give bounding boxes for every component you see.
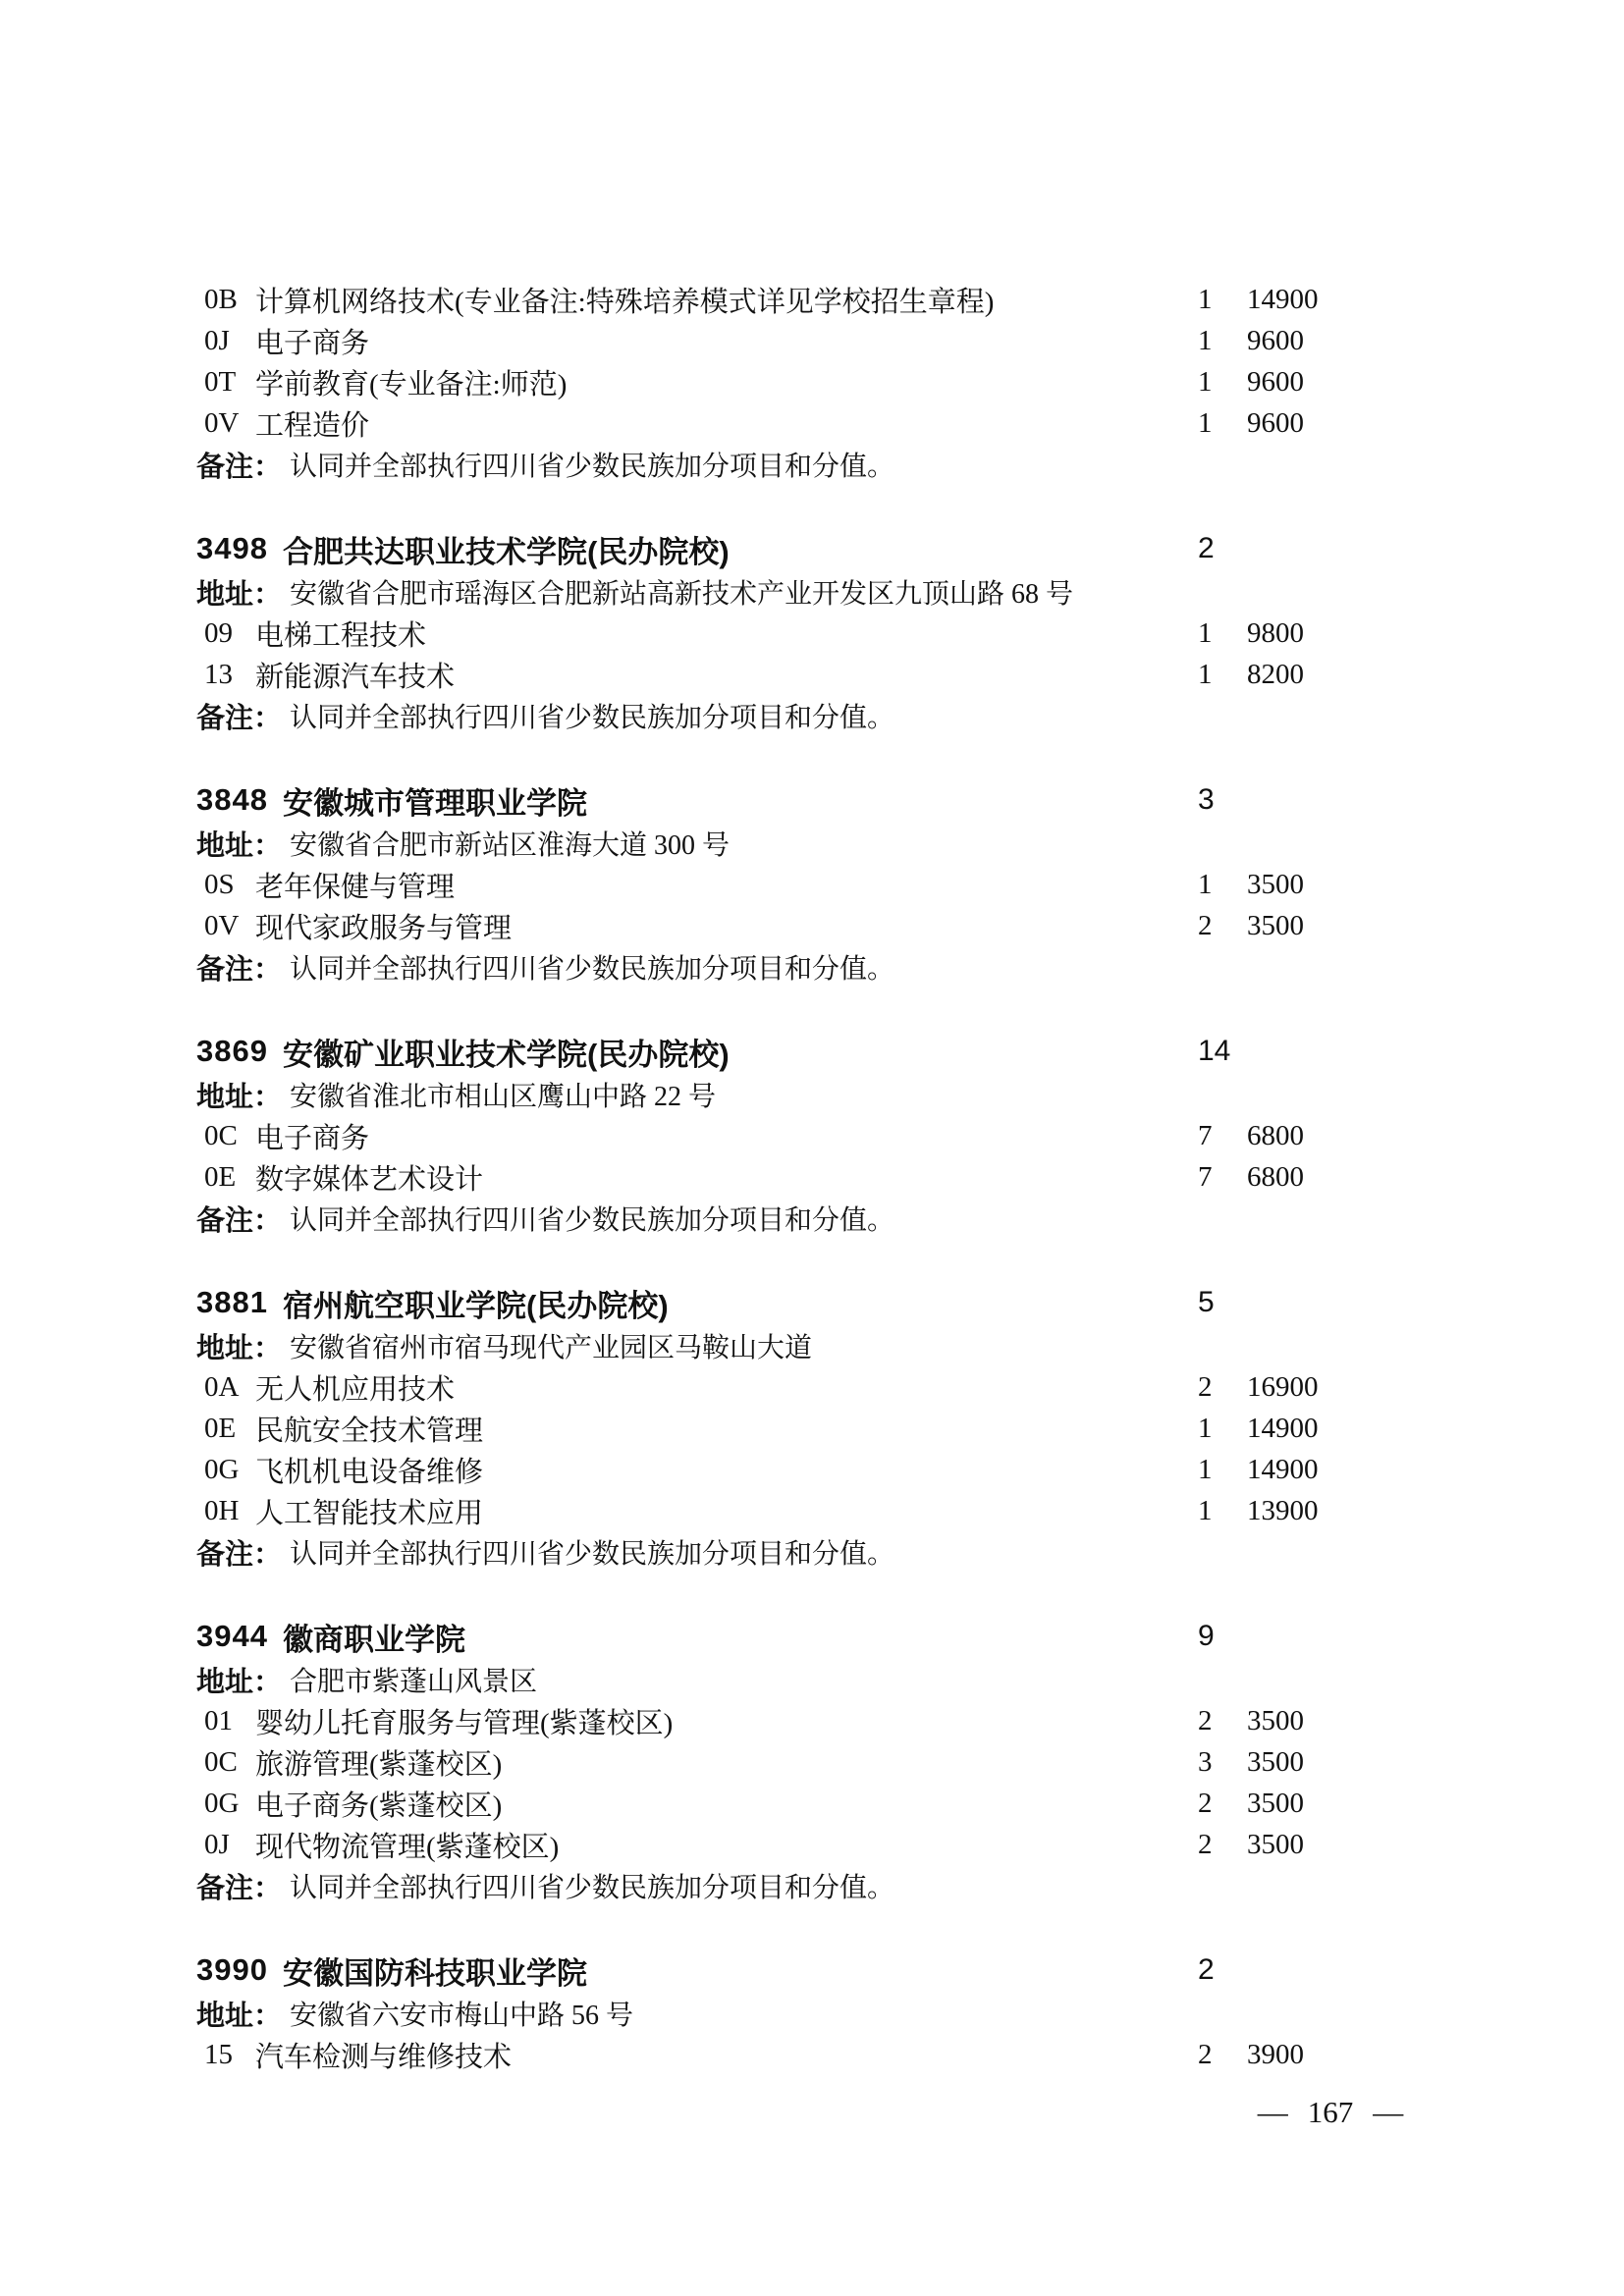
major-code: 0C: [204, 1746, 255, 1779]
note-label: 备注：: [196, 696, 282, 736]
major-code: 0S: [204, 869, 255, 901]
major-tuition: 14900: [1247, 284, 1481, 316]
address-label: 地址：: [196, 1326, 282, 1366]
address-label: 地址：: [196, 1075, 282, 1115]
major-code: 0E: [204, 1413, 255, 1445]
school-name: 安徽城市管理职业学院: [283, 778, 587, 823]
major-name: 数字媒体艺术设计: [255, 1157, 483, 1198]
major-code: 09: [204, 617, 255, 650]
school-block-3881: 3881 宿州航空职业学院(民办院校) 5 地址： 安徽省宿州市宿马现代产业园区…: [196, 1280, 1481, 1573]
major-row: 0S 老年保健与管理 1 3500: [196, 864, 1481, 905]
school-total-count: 9: [1198, 1620, 1247, 1653]
major-count: 1: [1198, 1454, 1247, 1486]
major-name: 计算机网络技术(专业备注:特殊培养模式详见学校招生章程): [255, 280, 994, 320]
school-total-count: 2: [1198, 1953, 1247, 1987]
page-number: 167: [1308, 2095, 1354, 2130]
major-count: 1: [1198, 407, 1247, 440]
page-footer: — 167 —: [1208, 2093, 1453, 2132]
school-block-3944: 3944 徽商职业学院 9 地址： 合肥市紫蓬山风景区 01 婴幼儿托育服务与管…: [196, 1614, 1481, 1906]
major-name: 老年保健与管理: [255, 865, 455, 905]
address-row: 地址： 安徽省淮北市相山区鹰山中路 22 号: [196, 1074, 1481, 1115]
address-row: 地址： 安徽省六安市梅山中路 56 号: [196, 1993, 1481, 2034]
major-row: 0J 电子商务 1 9600: [196, 320, 1481, 361]
major-code: 01: [204, 1705, 255, 1737]
note-label: 备注：: [196, 445, 282, 485]
school-code: 3944: [196, 1619, 283, 1654]
major-code: 0V: [204, 407, 255, 440]
major-tuition: 6800: [1247, 1161, 1481, 1194]
major-row: 0T 学前教育(专业备注:师范) 1 9600: [196, 361, 1481, 402]
major-tuition: 3500: [1247, 1788, 1481, 1820]
major-name: 无人机应用技术: [255, 1367, 455, 1408]
major-row: 0E 数字媒体艺术设计 7 6800: [196, 1156, 1481, 1198]
major-code: 15: [204, 2039, 255, 2071]
school-total-count: 2: [1198, 532, 1247, 565]
note-row: 备注： 认同并全部执行四川省少数民族加分项目和分值。: [196, 946, 1481, 988]
school-code: 3869: [196, 1034, 283, 1069]
major-name: 工程造价: [255, 403, 369, 444]
document-page: 0B 计算机网络技术(专业备注:特殊培养模式详见学校招生章程) 1 14900 …: [0, 0, 1624, 2296]
address-label: 地址：: [196, 824, 282, 864]
school-code: 3498: [196, 531, 283, 566]
school-header-row: 3944 徽商职业学院 9: [196, 1614, 1481, 1659]
note-text: 认同并全部执行四川省少数民族加分项目和分值。: [290, 445, 894, 484]
note-text: 认同并全部执行四川省少数民族加分项目和分值。: [290, 1866, 894, 1905]
major-name: 现代物流管理(紫蓬校区): [255, 1825, 559, 1865]
major-tuition: 3500: [1247, 1746, 1481, 1779]
school-name: 宿州航空职业学院(民办院校): [283, 1281, 669, 1325]
major-row: 0C 旅游管理(紫蓬校区) 3 3500: [196, 1741, 1481, 1783]
major-code: 0J: [204, 325, 255, 357]
major-count: 1: [1198, 1495, 1247, 1527]
major-tuition: 14900: [1247, 1454, 1481, 1486]
note-row: 备注： 认同并全部执行四川省少数民族加分项目和分值。: [196, 444, 1481, 485]
major-count: 1: [1198, 284, 1247, 316]
school-block-3990: 3990 安徽国防科技职业学院 2 地址： 安徽省六安市梅山中路 56 号 15…: [196, 1948, 1481, 2075]
major-tuition: 8200: [1247, 659, 1481, 691]
note-text: 认同并全部执行四川省少数民族加分项目和分值。: [290, 696, 894, 735]
major-count: 7: [1198, 1161, 1247, 1194]
major-tuition: 9800: [1247, 617, 1481, 650]
school-code: 3848: [196, 782, 283, 818]
major-row: 09 电梯工程技术 1 9800: [196, 613, 1481, 654]
major-tuition: 3500: [1247, 1705, 1481, 1737]
major-name: 电子商务(紫蓬校区): [255, 1784, 502, 1824]
major-name: 汽车检测与维修技术: [255, 2035, 512, 2075]
note-row: 备注： 认同并全部执行四川省少数民族加分项目和分值。: [196, 1198, 1481, 1239]
major-row: 0G 电子商务(紫蓬校区) 2 3500: [196, 1783, 1481, 1824]
major-row: 0V 工程造价 1 9600: [196, 402, 1481, 444]
major-name: 电梯工程技术: [255, 614, 426, 654]
major-count: 1: [1198, 659, 1247, 691]
major-count: 1: [1198, 1413, 1247, 1445]
school-total-count: 5: [1198, 1286, 1247, 1319]
major-code: 13: [204, 659, 255, 691]
school-name: 徽商职业学院: [283, 1615, 465, 1659]
address-row: 地址： 安徽省合肥市瑶海区合肥新站高新技术产业开发区九顶山路 68 号: [196, 571, 1481, 613]
major-count: 3: [1198, 1746, 1247, 1779]
note-text: 认同并全部执行四川省少数民族加分项目和分值。: [290, 1532, 894, 1572]
address-text: 合肥市紫蓬山风景区: [290, 1660, 537, 1699]
school-header-row: 3498 合肥共达职业技术学院(民办院校) 2: [196, 526, 1481, 571]
major-count: 1: [1198, 366, 1247, 399]
major-code: 0G: [204, 1454, 255, 1486]
school-total-count: 3: [1198, 783, 1247, 817]
school-block-3498: 3498 合肥共达职业技术学院(民办院校) 2 地址： 安徽省合肥市瑶海区合肥新…: [196, 526, 1481, 736]
note-text: 认同并全部执行四川省少数民族加分项目和分值。: [290, 1199, 894, 1238]
major-code: 0A: [204, 1371, 255, 1404]
school-header-row: 3869 安徽矿业职业技术学院(民办院校) 14: [196, 1029, 1481, 1074]
note-label: 备注：: [196, 1199, 282, 1239]
major-name: 婴幼儿托育服务与管理(紫蓬校区): [255, 1701, 673, 1741]
major-tuition: 13900: [1247, 1495, 1481, 1527]
address-text: 安徽省宿州市宿马现代产业园区马鞍山大道: [290, 1326, 812, 1365]
note-row: 备注： 认同并全部执行四川省少数民族加分项目和分值。: [196, 695, 1481, 736]
major-tuition: 3500: [1247, 869, 1481, 901]
page-content: 0B 计算机网络技术(专业备注:特殊培养模式详见学校招生章程) 1 14900 …: [196, 279, 1481, 2075]
major-tuition: 3500: [1247, 910, 1481, 942]
major-name: 现代家政服务与管理: [255, 906, 512, 946]
major-code: 0H: [204, 1495, 255, 1527]
footer-dash-right: —: [1373, 2095, 1403, 2130]
major-tuition: 14900: [1247, 1413, 1481, 1445]
major-name: 旅游管理(紫蓬校区): [255, 1742, 502, 1783]
major-count: 2: [1198, 910, 1247, 942]
address-text: 安徽省合肥市新站区淮海大道 300 号: [290, 824, 730, 863]
major-name: 电子商务: [255, 321, 369, 361]
major-code: 0T: [204, 366, 255, 399]
major-tuition: 9600: [1247, 407, 1481, 440]
major-tuition: 3500: [1247, 1829, 1481, 1861]
address-label: 地址：: [196, 1994, 282, 2034]
major-name: 电子商务: [255, 1116, 369, 1156]
address-text: 安徽省淮北市相山区鹰山中路 22 号: [290, 1075, 716, 1114]
major-count: 2: [1198, 1788, 1247, 1820]
address-row: 地址： 安徽省合肥市新站区淮海大道 300 号: [196, 823, 1481, 864]
major-row: 0J 现代物流管理(紫蓬校区) 2 3500: [196, 1824, 1481, 1865]
major-tuition: 6800: [1247, 1120, 1481, 1152]
major-count: 2: [1198, 1829, 1247, 1861]
school-code: 3881: [196, 1285, 283, 1320]
major-code: 0V: [204, 910, 255, 942]
major-count: 1: [1198, 869, 1247, 901]
major-code: 0C: [204, 1120, 255, 1152]
major-tuition: 16900: [1247, 1371, 1481, 1404]
major-row: 0A 无人机应用技术 2 16900: [196, 1366, 1481, 1408]
school-code: 3990: [196, 1952, 283, 1988]
address-label: 地址：: [196, 1660, 282, 1700]
major-row: 0E 民航安全技术管理 1 14900: [196, 1408, 1481, 1449]
note-row: 备注： 认同并全部执行四川省少数民族加分项目和分值。: [196, 1865, 1481, 1906]
major-count: 2: [1198, 1705, 1247, 1737]
major-count: 2: [1198, 1371, 1247, 1404]
major-code: 0G: [204, 1788, 255, 1820]
major-row: 0G 飞机机电设备维修 1 14900: [196, 1449, 1481, 1490]
major-row: 0C 电子商务 7 6800: [196, 1115, 1481, 1156]
major-tuition: 3900: [1247, 2039, 1481, 2071]
address-text: 安徽省合肥市瑶海区合肥新站高新技术产业开发区九顶山路 68 号: [290, 572, 1073, 612]
school-name: 安徽矿业职业技术学院(民办院校): [283, 1030, 730, 1074]
major-name: 新能源汽车技术: [255, 655, 455, 695]
school-name: 合肥共达职业技术学院(民办院校): [283, 527, 730, 571]
major-row: 0H 人工智能技术应用 1 13900: [196, 1490, 1481, 1531]
note-label: 备注：: [196, 947, 282, 988]
major-row: 01 婴幼儿托育服务与管理(紫蓬校区) 2 3500: [196, 1700, 1481, 1741]
major-row: 15 汽车检测与维修技术 2 3900: [196, 2034, 1481, 2075]
major-name: 民航安全技术管理: [255, 1409, 483, 1449]
major-tuition: 9600: [1247, 325, 1481, 357]
major-row: 0B 计算机网络技术(专业备注:特殊培养模式详见学校招生章程) 1 14900: [196, 279, 1481, 320]
address-label: 地址：: [196, 572, 282, 613]
major-count: 2: [1198, 2039, 1247, 2071]
address-row: 地址： 合肥市紫蓬山风景区: [196, 1659, 1481, 1700]
school-header-row: 3881 宿州航空职业学院(民办院校) 5: [196, 1280, 1481, 1325]
school-header-row: 3848 安徽城市管理职业学院 3: [196, 777, 1481, 823]
major-name: 飞机机电设备维修: [255, 1450, 483, 1490]
major-name: 人工智能技术应用: [255, 1491, 483, 1531]
major-name: 学前教育(专业备注:师范): [255, 362, 567, 402]
major-code: 0E: [204, 1161, 255, 1194]
school-block-3869: 3869 安徽矿业职业技术学院(民办院校) 14 地址： 安徽省淮北市相山区鹰山…: [196, 1029, 1481, 1239]
school-total-count: 14: [1198, 1035, 1247, 1068]
school-header-row: 3990 安徽国防科技职业学院 2: [196, 1948, 1481, 1993]
school-block-3848: 3848 安徽城市管理职业学院 3 地址： 安徽省合肥市新站区淮海大道 300 …: [196, 777, 1481, 988]
major-count: 7: [1198, 1120, 1247, 1152]
major-count: 1: [1198, 325, 1247, 357]
major-count: 1: [1198, 617, 1247, 650]
address-text: 安徽省六安市梅山中路 56 号: [290, 1994, 633, 2033]
address-row: 地址： 安徽省宿州市宿马现代产业园区马鞍山大道: [196, 1325, 1481, 1366]
major-code: 0J: [204, 1829, 255, 1861]
school-block-continued: 0B 计算机网络技术(专业备注:特殊培养模式详见学校招生章程) 1 14900 …: [196, 279, 1481, 485]
note-row: 备注： 认同并全部执行四川省少数民族加分项目和分值。: [196, 1531, 1481, 1573]
note-text: 认同并全部执行四川省少数民族加分项目和分值。: [290, 947, 894, 987]
footer-dash-left: —: [1258, 2095, 1288, 2130]
note-label: 备注：: [196, 1532, 282, 1573]
major-code: 0B: [204, 284, 255, 316]
major-tuition: 9600: [1247, 366, 1481, 399]
major-row: 13 新能源汽车技术 1 8200: [196, 654, 1481, 695]
note-label: 备注：: [196, 1866, 282, 1906]
major-row: 0V 现代家政服务与管理 2 3500: [196, 905, 1481, 946]
school-name: 安徽国防科技职业学院: [283, 1949, 587, 1993]
